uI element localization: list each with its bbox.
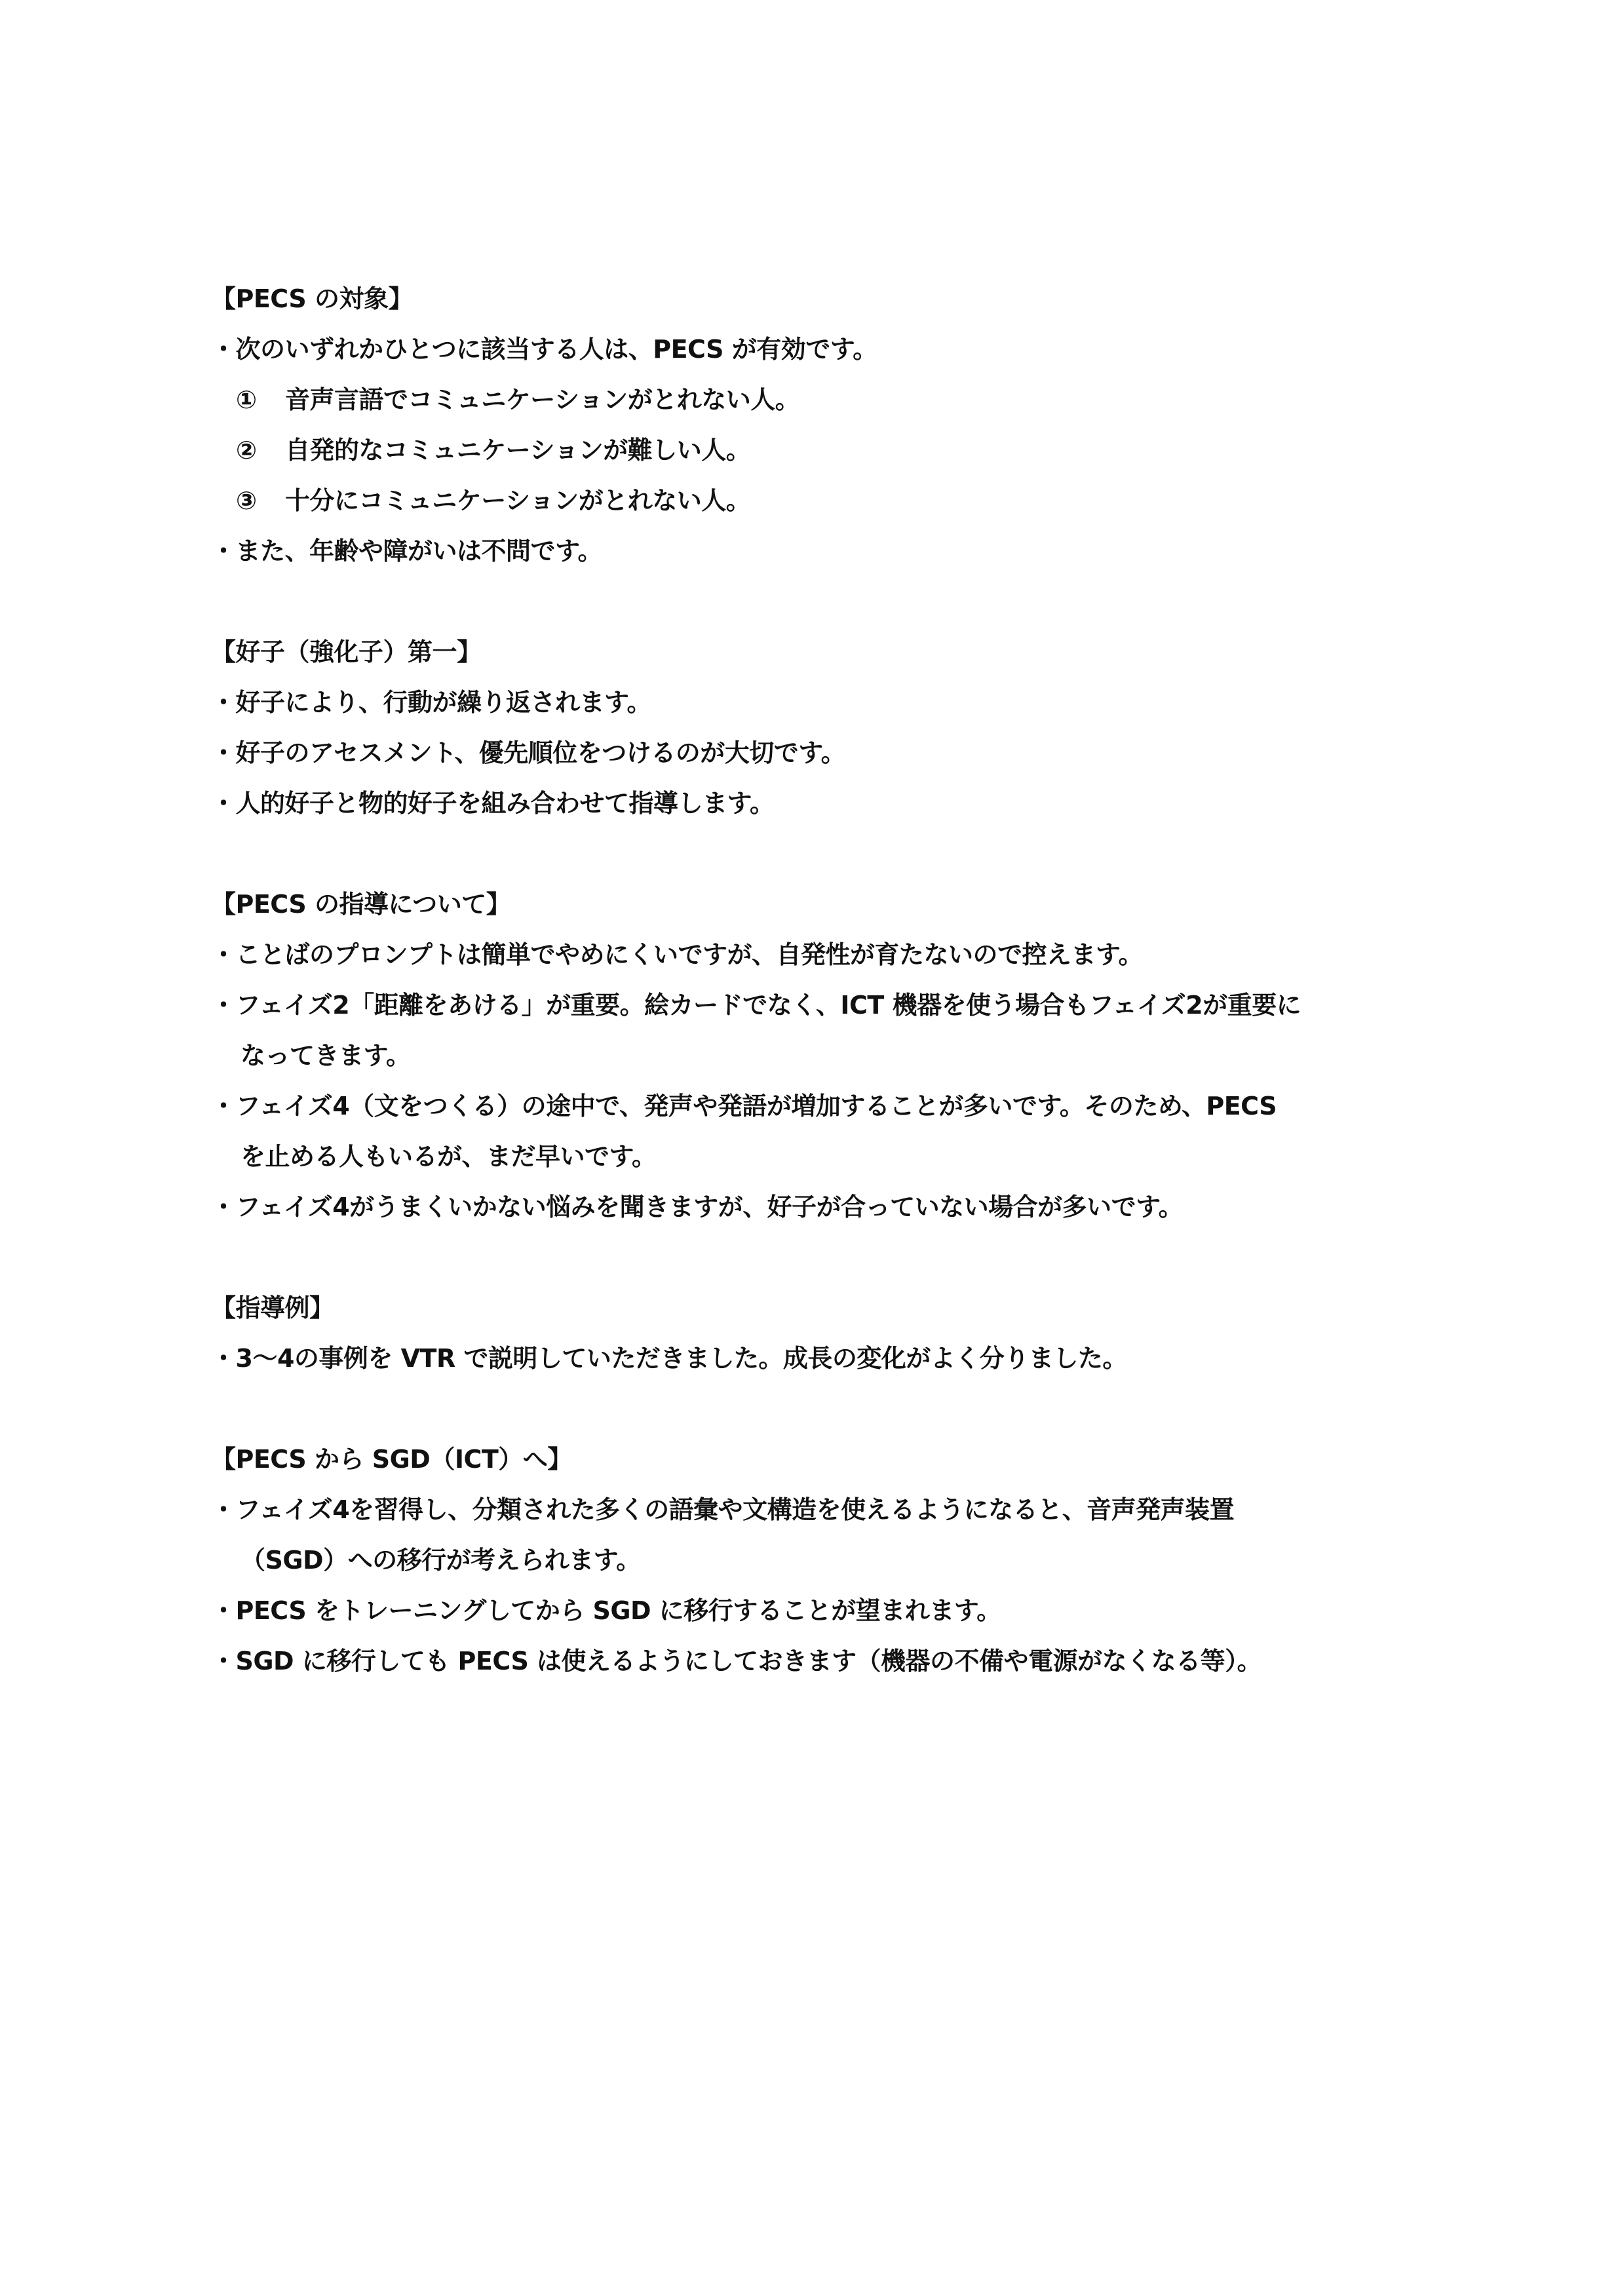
circled-number: ② [236,425,285,476]
section-heading: 【好子（強化子）第一】 [211,627,1391,678]
bullet-item: ・フェイズ2「距離をあける」が重要。絵カードでなく、ICT 機器を使う場合もフェ… [211,980,1391,1031]
bullet-item: ・また、年齢や障がいは不問です。 [211,526,1391,577]
document-page: 【PECS の対象】 ・次のいずれかひとつに該当する人は、PECS が有効です。… [211,274,1391,1687]
bullet-item: ・ことばのプロンプトは簡単でやめにくいですが、自発性が育たないので控えます。 [211,930,1391,980]
numbered-item: ③十分にコミュニケーションがとれない人。 [211,476,1391,526]
section-pecs-instruction: 【PECS の指導について】 ・ことばのプロンプトは簡単でやめにくいですが、自発… [211,879,1391,1233]
numbered-item-text: 十分にコミュニケーションがとれない人。 [285,486,750,515]
numbered-item-text: 自発的なコミュニケーションが難しい人。 [285,436,750,465]
bullet-item: ・好子により、行動が繰り返されます。 [211,678,1391,728]
bullet-item: ・PECS をトレーニングしてから SGD に移行することが望まれます。 [211,1586,1391,1636]
bullet-item: ・フェイズ4を習得し、分類された多くの語彙や文構造を使えるようになると、音声発声… [211,1485,1391,1535]
bullet-continuation: なってきます。 [211,1031,1391,1081]
section-heading: 【PECS から SGD（ICT）へ】 [211,1434,1391,1485]
bullet-item: ・好子のアセスメント、優先順位をつけるのが大切です。 [211,728,1391,778]
bullet-item: ・フェイズ4（文をつくる）の途中で、発声や発語が増加することが多いです。そのため… [211,1081,1391,1132]
section-pecs-to-sgd: 【PECS から SGD（ICT）へ】 ・フェイズ4を習得し、分類された多くの語… [211,1434,1391,1687]
section-heading: 【PECS の指導について】 [211,879,1391,930]
section-reinforcers-first: 【好子（強化子）第一】 ・好子により、行動が繰り返されます。 ・好子のアセスメン… [211,627,1391,829]
bullet-item: ・フェイズ4がうまくいかない悩みを聞きますが、好子が合っていない場合が多いです。 [211,1182,1391,1233]
bullet-item: ・人的好子と物的好子を組み合わせて指導します。 [211,778,1391,829]
numbered-item-text: 音声言語でコミュニケーションがとれない人。 [285,385,799,414]
section-instruction-examples: 【指導例】 ・3～4の事例を VTR で説明していただきました。成長の変化がよく… [211,1283,1391,1384]
section-pecs-target: 【PECS の対象】 ・次のいずれかひとつに該当する人は、PECS が有効です。… [211,274,1391,577]
circled-number: ① [236,375,285,425]
circled-number: ③ [236,476,285,526]
numbered-item: ②自発的なコミュニケーションが難しい人。 [211,425,1391,476]
numbered-item: ①音声言語でコミュニケーションがとれない人。 [211,375,1391,425]
section-heading: 【指導例】 [211,1283,1391,1333]
section-heading: 【PECS の対象】 [211,274,1391,324]
bullet-continuation: （SGD）への移行が考えられます。 [211,1535,1391,1586]
bullet-item: ・3～4の事例を VTR で説明していただきました。成長の変化がよく分りました。 [211,1333,1391,1384]
bullet-continuation: を止める人もいるが、まだ早いです。 [211,1132,1391,1182]
bullet-item: ・次のいずれかひとつに該当する人は、PECS が有効です。 [211,324,1391,375]
bullet-item: ・SGD に移行しても PECS は使えるようにしておきます（機器の不備や電源が… [211,1636,1391,1687]
